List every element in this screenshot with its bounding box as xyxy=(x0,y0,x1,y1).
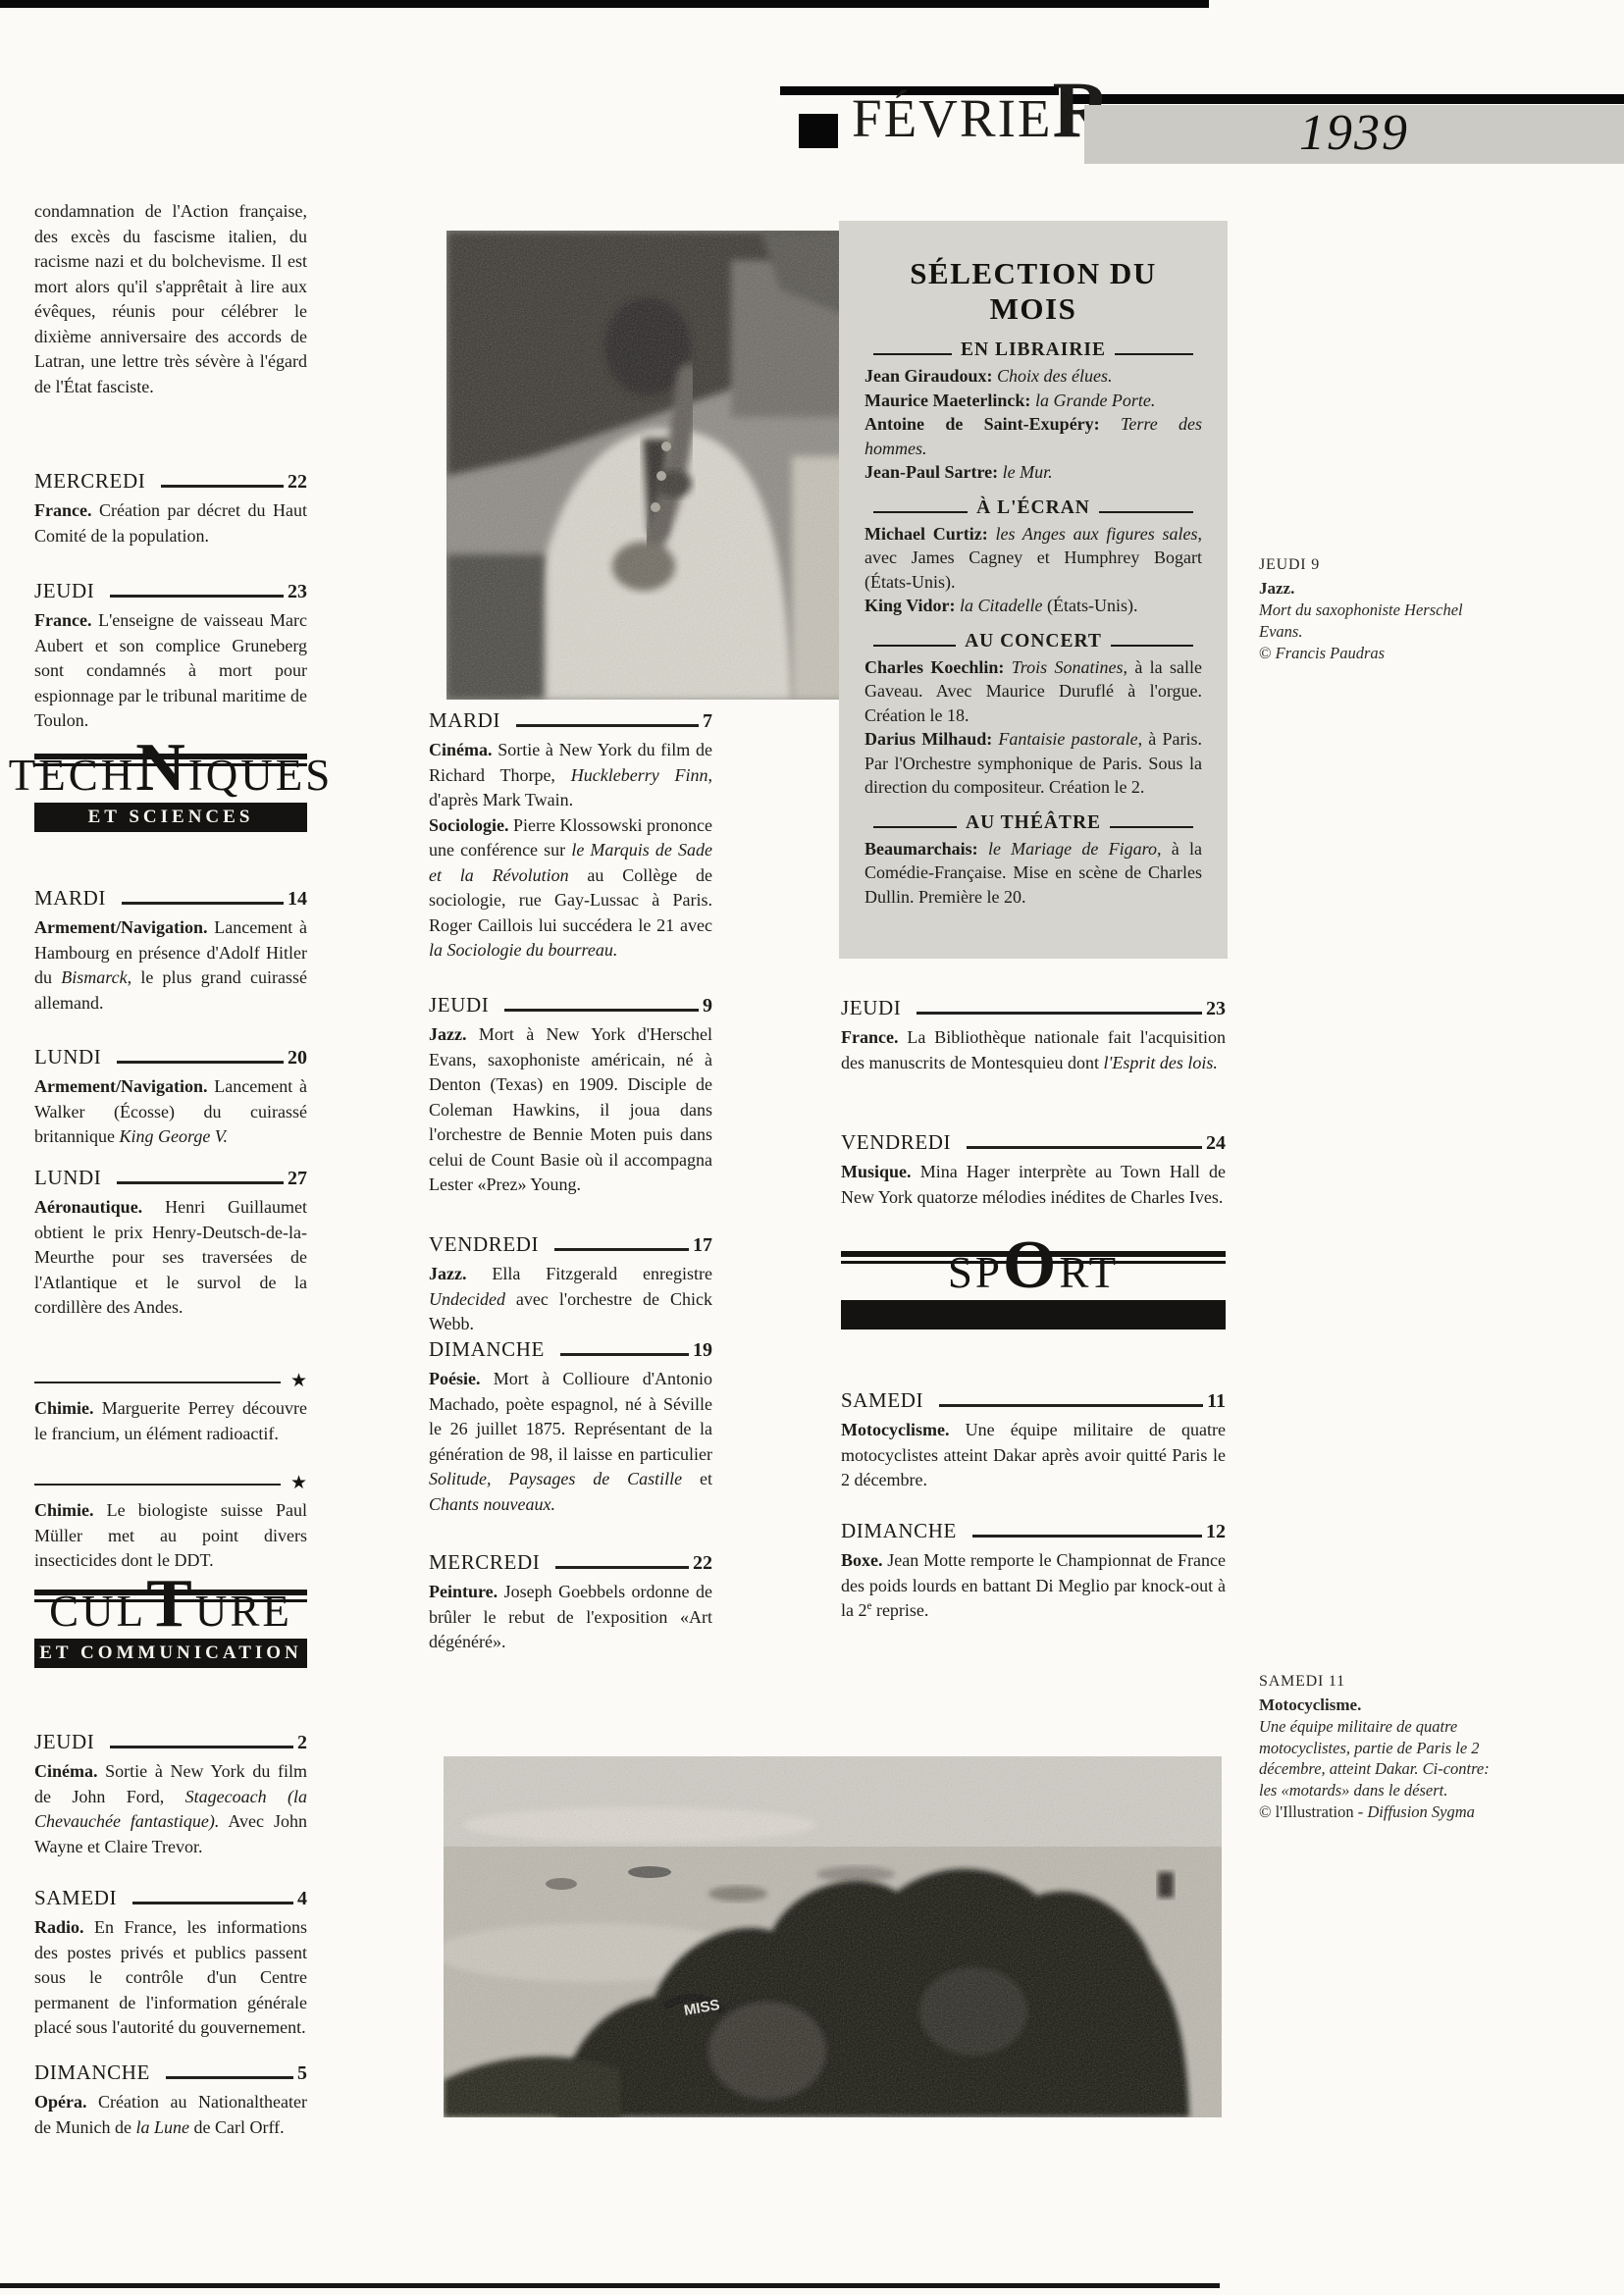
caption-body: Une équipe militaire de quatre motocycli… xyxy=(1259,1716,1506,1800)
entry-day-label: JEUDI xyxy=(34,579,94,603)
day-entry-vendredi-24: VENDREDI 24 Musique. Mina Hager interprè… xyxy=(841,1130,1226,1210)
entry-day-label: MARDI xyxy=(34,886,106,911)
day-entry-vendredi-17: VENDREDI 17 Jazz. Ella Fitzgerald enregi… xyxy=(429,1232,712,1337)
entry-day-number: 7 xyxy=(703,710,712,733)
entry-day-number: 2 xyxy=(297,1732,307,1754)
day-header: SAMEDI 4 xyxy=(34,1886,307,1910)
day-header: VENDREDI 24 xyxy=(841,1130,1226,1155)
day-entry-mercredi-22-peinture: MERCREDI 22 Peinture. Joseph Goebbels or… xyxy=(429,1550,712,1655)
star-rule xyxy=(34,1484,281,1486)
day-rule xyxy=(967,1146,1202,1149)
day-entry-samedi-4: SAMEDI 4 Radio. En France, les informati… xyxy=(34,1886,307,2041)
day-rule xyxy=(132,1902,293,1904)
day-rule xyxy=(504,1009,699,1012)
day-rule xyxy=(917,1012,1202,1015)
day-rule xyxy=(110,595,284,598)
entry-day-label: VENDREDI xyxy=(429,1232,539,1257)
day-header: MERCREDI 22 xyxy=(429,1550,712,1575)
star-divider: ★ xyxy=(34,1372,307,1391)
section-title-text: RT xyxy=(1059,1251,1119,1295)
entry-body: Opéra. Création au Nationaltheater de Mu… xyxy=(34,2090,307,2140)
section-header-culture: CULTURE ET COMMUNICATION xyxy=(34,1590,307,1668)
day-rule xyxy=(554,1248,689,1251)
section-title-text: TECH xyxy=(9,754,136,798)
entry-body: Motocyclisme. Une équipe militaire de qu… xyxy=(841,1418,1226,1493)
entry-day-number: 23 xyxy=(288,581,307,603)
entry-day-label: MARDI xyxy=(429,708,500,733)
entry-body: Cinéma. Sortie à New York du film de Ric… xyxy=(429,738,712,813)
entry-day-number: 22 xyxy=(288,471,307,494)
day-header: MERCREDI 22 xyxy=(34,469,307,494)
day-rule xyxy=(972,1535,1202,1538)
day-entry-samedi-11: SAMEDI 11 Motocyclisme. Une équipe milit… xyxy=(841,1388,1226,1493)
entry-day-number: 23 xyxy=(1206,998,1226,1020)
entry-day-label: VENDREDI xyxy=(841,1130,951,1155)
entry-body: France. Création par décret du Haut Comi… xyxy=(34,498,307,548)
entry-day-label: DIMANCHE xyxy=(34,2060,150,2085)
section-title: TECHNIQUES xyxy=(34,754,307,798)
section-header-sport: SPORT xyxy=(841,1251,1226,1330)
day-header: MARDI 14 xyxy=(34,886,307,911)
day-rule xyxy=(555,1566,689,1569)
day-entry-mercredi-22: MERCREDI 22 France. Création par décret … xyxy=(34,469,307,548)
day-header: JEUDI 2 xyxy=(34,1730,307,1754)
day-header: VENDREDI 17 xyxy=(429,1232,712,1257)
day-header: DIMANCHE 19 xyxy=(429,1337,712,1362)
day-entry-jeudi-23-bibliotheque: JEUDI 23 France. La Bibliothèque nationa… xyxy=(841,996,1226,1075)
caption-day: JEUDI 9 xyxy=(1259,554,1506,576)
entry-body: Musique. Mina Hager interprète au Town H… xyxy=(841,1160,1226,1210)
entry-day-label: JEUDI xyxy=(34,1730,94,1754)
entry-day-label: MERCREDI xyxy=(34,469,145,494)
day-rule xyxy=(110,1746,293,1748)
entry-day-label: DIMANCHE xyxy=(841,1519,957,1543)
entry-body-2: Sociologie. Pierre Klossowski prononce u… xyxy=(429,813,712,964)
entry-day-number: 24 xyxy=(1206,1132,1226,1155)
section-title: CULTURE xyxy=(34,1590,307,1634)
entry-day-label: DIMANCHE xyxy=(429,1337,545,1362)
entry-body: Armement/Navigation. Lancement à Walker … xyxy=(34,1074,307,1150)
caption-topic: Jazz. xyxy=(1259,578,1506,600)
section-subtitle-bar xyxy=(841,1300,1226,1330)
star-entry-francium: ★ Chimie. Marguerite Perrey découvre le … xyxy=(34,1372,307,1446)
entry-body: France. La Bibliothèque nationale fait l… xyxy=(841,1025,1226,1075)
left-column: condamnation de l'Action française, des … xyxy=(34,0,307,2295)
entry-body: France. L'enseigne de vaisseau Marc Aube… xyxy=(34,608,307,734)
star-divider: ★ xyxy=(34,1474,307,1493)
entry-day-label: SAMEDI xyxy=(841,1388,923,1413)
section-title-text: SP xyxy=(948,1251,1003,1295)
entry-day-number: 4 xyxy=(297,1888,307,1910)
section-title-text: URE xyxy=(195,1590,292,1634)
day-rule xyxy=(939,1404,1203,1407)
entry-day-number: 9 xyxy=(703,995,712,1017)
day-rule xyxy=(161,485,284,488)
entry-day-number: 19 xyxy=(693,1339,712,1362)
caption-body: Mort du saxophoniste Herschel Evans. xyxy=(1259,600,1506,642)
section-subtitle-bar: ET SCIENCES xyxy=(34,803,307,832)
entry-day-number: 22 xyxy=(693,1552,712,1575)
entry-day-number: 17 xyxy=(693,1234,712,1257)
day-header: JEUDI 23 xyxy=(34,579,307,603)
entry-body: Chimie. Marguerite Perrey découvre le fr… xyxy=(34,1396,307,1446)
day-rule xyxy=(117,1181,284,1184)
day-rule xyxy=(516,724,699,727)
day-header: DIMANCHE 12 xyxy=(841,1519,1226,1543)
day-header: JEUDI 23 xyxy=(841,996,1226,1020)
entry-body: Chimie. Le biologiste suisse Paul Müller… xyxy=(34,1498,307,1574)
motorcyclists-desert-photo: MISS xyxy=(444,1756,1222,2117)
entry-day-label: JEUDI xyxy=(429,993,489,1017)
day-entry-mardi-7: MARDI 7 Cinéma. Sortie à New York du fil… xyxy=(429,708,712,964)
black-square-bullet-icon xyxy=(799,114,838,148)
day-entry-dimanche-12: DIMANCHE 12 Boxe. Jean Motte remporte le… xyxy=(841,1519,1226,1624)
entry-day-number: 20 xyxy=(288,1047,307,1069)
page-root: FÉVRIER 1939 condamnation de l'Action fr… xyxy=(0,0,1624,2295)
day-entry-dimanche-5: DIMANCHE 5 Opéra. Création au Nationalth… xyxy=(34,2060,307,2140)
entry-day-number: 27 xyxy=(288,1168,307,1190)
star-entry-ddt: ★ Chimie. Le biologiste suisse Paul Müll… xyxy=(34,1474,307,1574)
section-title: SPORT xyxy=(841,1251,1226,1295)
entry-body: Cinéma. Sortie à New York du film de Joh… xyxy=(34,1759,307,1859)
entry-day-label: LUNDI xyxy=(34,1045,101,1069)
day-entry-lundi-20: LUNDI 20 Armement/Navigation. Lancement … xyxy=(34,1045,307,1150)
day-rule xyxy=(122,902,284,905)
entry-body: Radio. En France, les informations des p… xyxy=(34,1915,307,2041)
entry-day-number: 12 xyxy=(1206,1521,1226,1543)
entry-day-label: SAMEDI xyxy=(34,1886,117,1910)
entry-body: Poésie. Mort à Collioure d'Antonio Macha… xyxy=(429,1367,712,1517)
caption-credit: © l'Illustration - Diffusion Sygma xyxy=(1259,1801,1506,1823)
section-subtitle-bar: ET COMMUNICATION xyxy=(34,1639,307,1668)
day-header: DIMANCHE 5 xyxy=(34,2060,307,2085)
caption-topic: Motocyclisme. xyxy=(1259,1695,1506,1716)
caption-day: SAMEDI 11 xyxy=(1259,1671,1506,1693)
day-header: JEUDI 9 xyxy=(429,993,712,1017)
day-header: LUNDI 27 xyxy=(34,1166,307,1190)
section-header-techniques: TECHNIQUES ET SCIENCES xyxy=(34,754,307,832)
photo-caption-jazz: JEUDI 9 Jazz. Mort du saxophoniste Hersc… xyxy=(1259,554,1506,664)
star-icon: ★ xyxy=(290,1372,307,1391)
entry-day-label: JEUDI xyxy=(841,996,901,1020)
intro-paragraph: condamnation de l'Action française, des … xyxy=(34,199,307,399)
day-entry-mardi-14: MARDI 14 Armement/Navigation. Lancement … xyxy=(34,886,307,1016)
entry-day-number: 11 xyxy=(1207,1390,1226,1413)
section-title-text: CUL xyxy=(49,1590,146,1634)
caption-credit: © Francis Paudras xyxy=(1259,643,1506,664)
entry-day-label: LUNDI xyxy=(34,1166,101,1190)
entry-body: Peinture. Joseph Goebbels ordonne de brû… xyxy=(429,1580,712,1655)
entry-body: Boxe. Jean Motte remporte le Championnat… xyxy=(841,1548,1226,1624)
entry-day-number: 5 xyxy=(297,2062,307,2085)
entry-body: Armement/Navigation. Lancement à Hambour… xyxy=(34,915,307,1016)
day-entry-dimanche-19: DIMANCHE 19 Poésie. Mort à Collioure d'A… xyxy=(429,1337,712,1517)
entry-body: Jazz. Ella Fitzgerald enregistre Undecid… xyxy=(429,1262,712,1337)
entry-day-label: MERCREDI xyxy=(429,1550,540,1575)
entry-body: Aéronautique. Henri Guillaumet obtient l… xyxy=(34,1195,307,1321)
day-rule xyxy=(117,1061,284,1064)
entry-day-number: 14 xyxy=(288,888,307,911)
margin-column: JEUDI 9 Jazz. Mort du saxophoniste Hersc… xyxy=(1259,0,1506,2295)
entry-body: Jazz. Mort à New York d'Herschel Evans, … xyxy=(429,1022,712,1198)
star-icon: ★ xyxy=(290,1474,307,1493)
day-header: SAMEDI 11 xyxy=(841,1388,1226,1413)
day-entry-jeudi-23: JEUDI 23 France. L'enseigne de vaisseau … xyxy=(34,579,307,734)
day-rule xyxy=(560,1353,689,1356)
day-header: MARDI 7 xyxy=(429,708,712,733)
photo-caption-moto: SAMEDI 11 Motocyclisme. Une équipe milit… xyxy=(1259,1671,1506,1823)
section-title-text: IQUES xyxy=(188,754,334,798)
day-header: LUNDI 20 xyxy=(34,1045,307,1069)
day-entry-lundi-27: LUNDI 27 Aéronautique. Henri Guillaumet … xyxy=(34,1166,307,1321)
star-rule xyxy=(34,1382,281,1383)
day-rule xyxy=(166,2076,293,2079)
moto-photo-art: MISS xyxy=(444,1756,1222,2117)
day-entry-jeudi-2: JEUDI 2 Cinéma. Sortie à New York du fil… xyxy=(34,1730,307,1859)
day-entry-jeudi-9: JEUDI 9 Jazz. Mort à New York d'Herschel… xyxy=(429,993,712,1198)
